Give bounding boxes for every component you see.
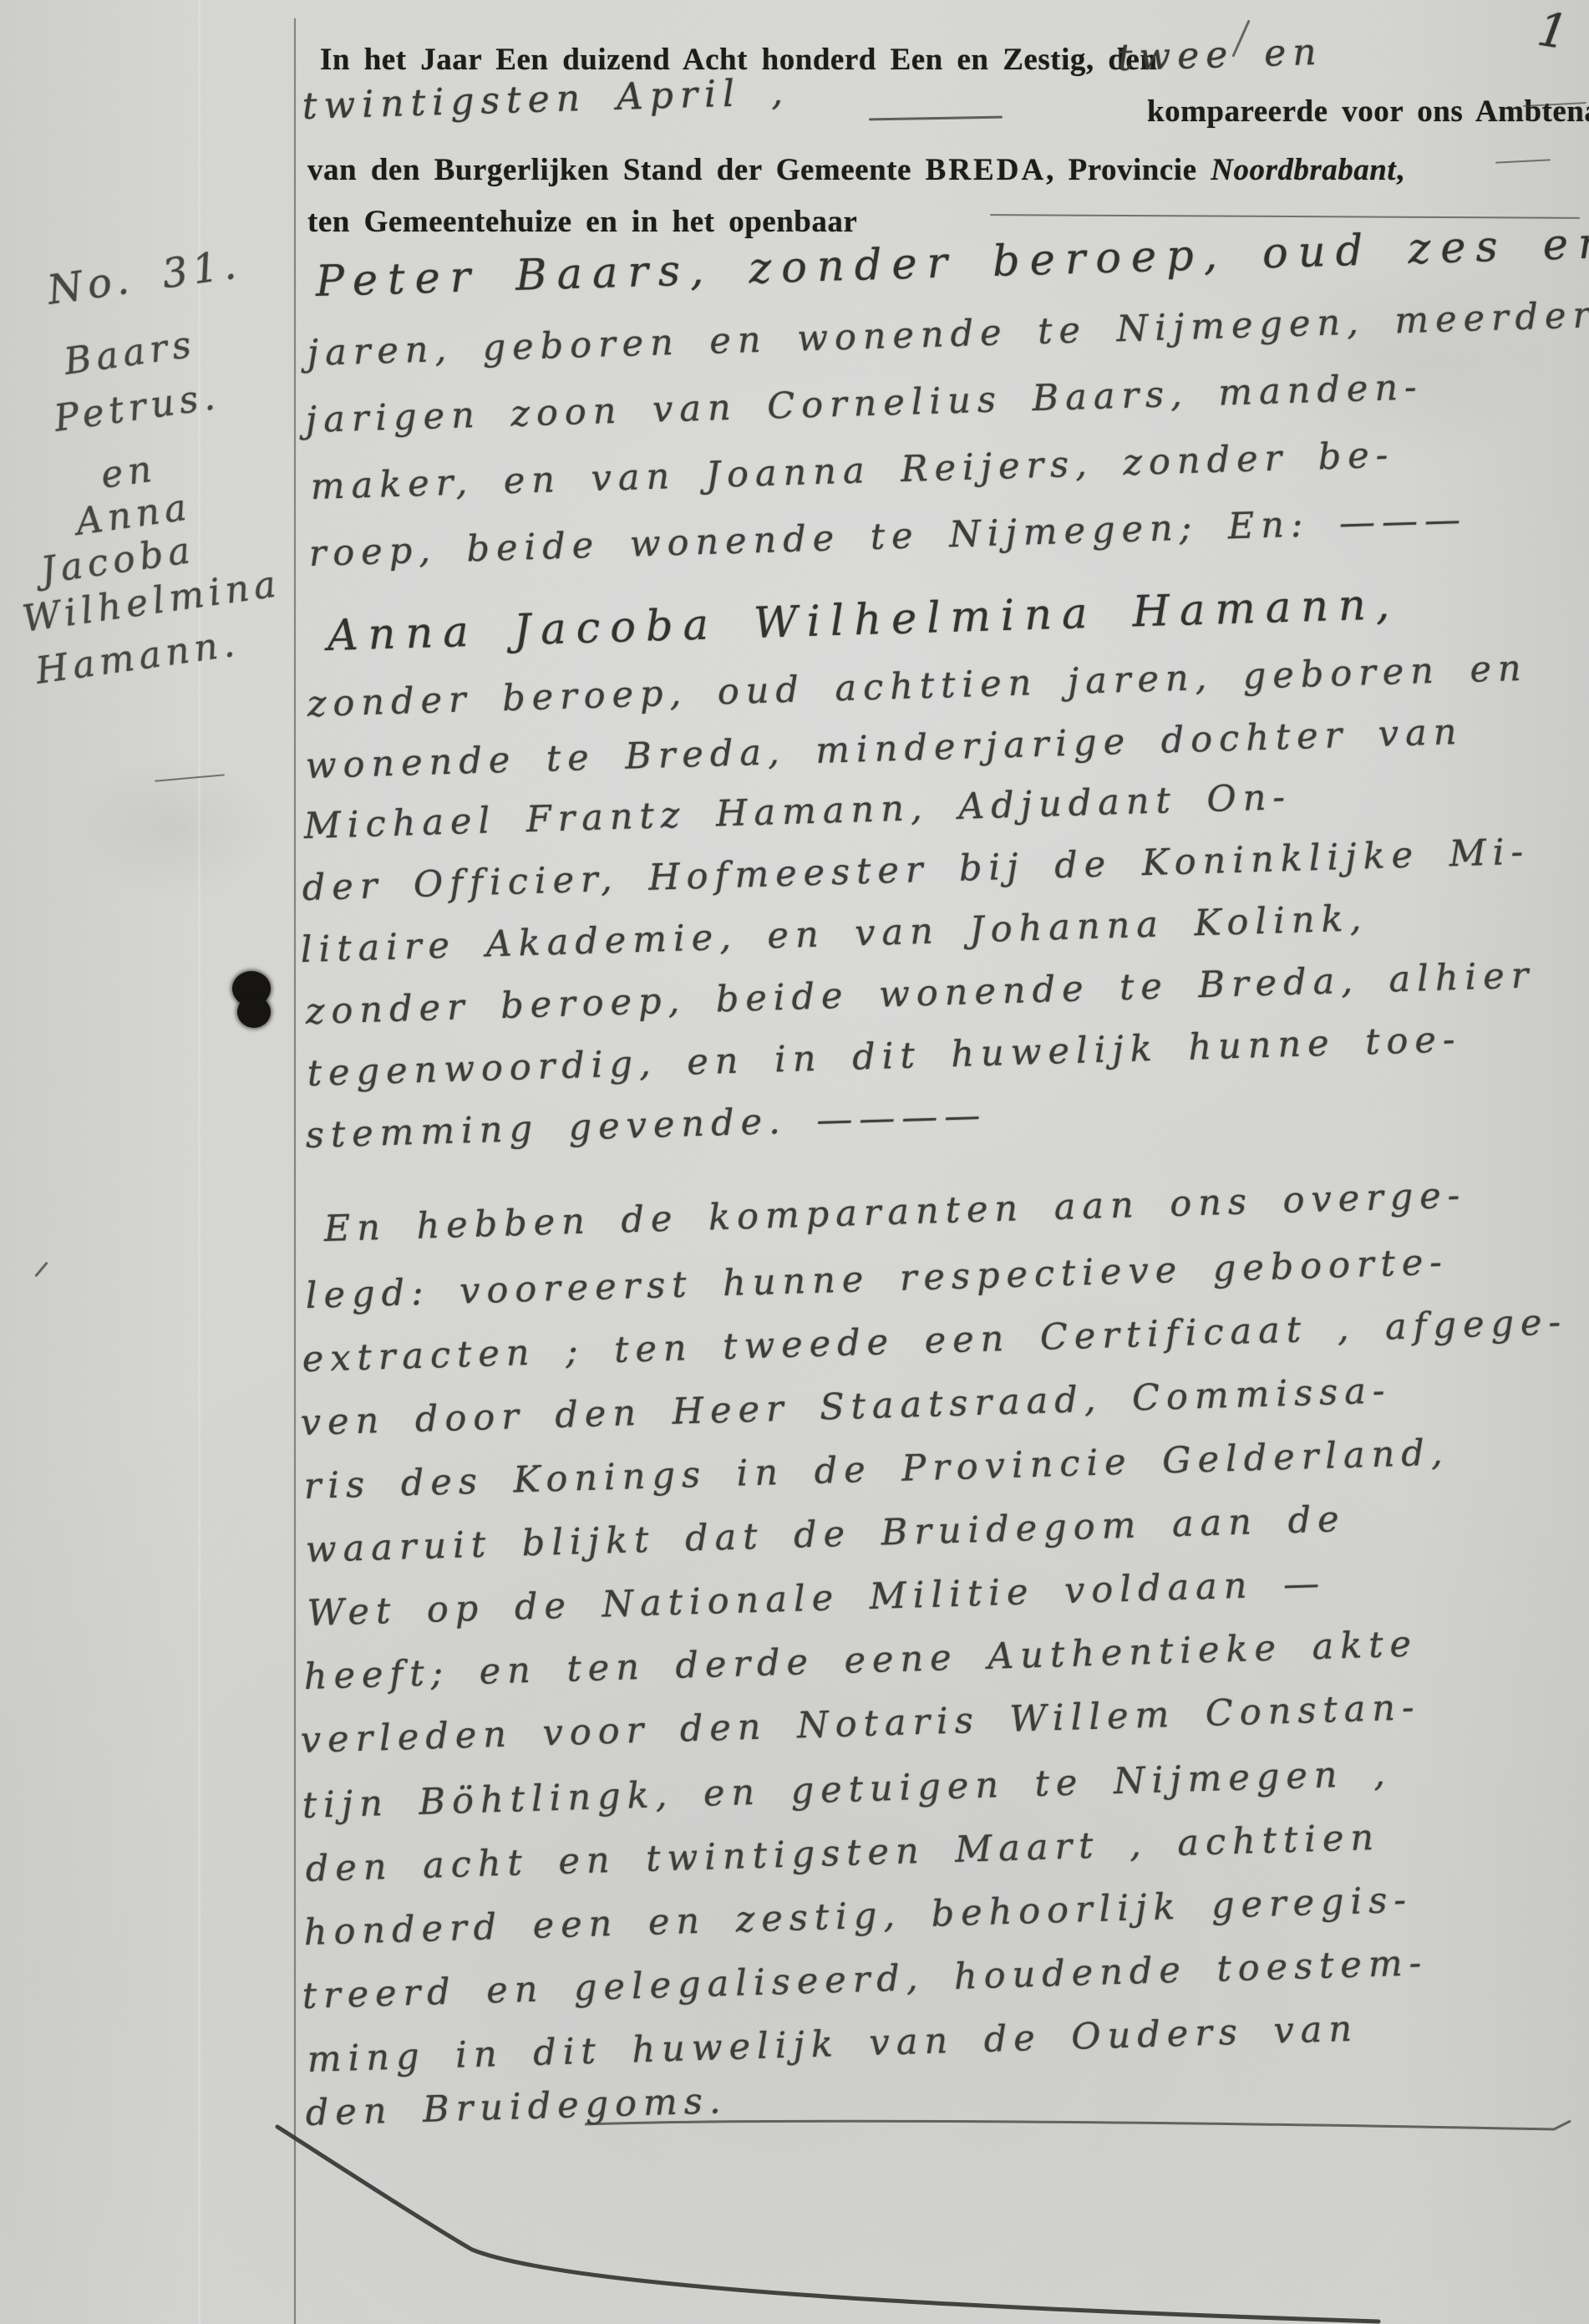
body-line: den Bruidegoms. <box>305 2080 728 2134</box>
body-line: ven door den Heer Staatsraad, Commissa- <box>300 1370 1392 1444</box>
body-line: den acht en twintigsten Maart , achttien <box>305 1817 1381 1890</box>
body-line: treerd en gelegaliseerd, houdende toeste… <box>302 1942 1429 2017</box>
marriage-record-scan: 1 In het Jaar Een duizend Acht honderd E… <box>0 0 1589 2324</box>
body-line: stemming gevende. ———— <box>305 1095 987 1157</box>
printed-text: van den Burgerlijken Stand der Gemeente <box>307 153 926 187</box>
body-line: litaire Akademie, en van Johanna Kolink, <box>300 898 1368 971</box>
body-line: maker, en van Joanna Reijers, zonder be- <box>310 435 1395 508</box>
pen-tick-mark <box>34 1262 48 1278</box>
handwritten-date-month: twintigsten April , <box>302 71 790 128</box>
margin-name-groom-surname: Baars <box>62 323 199 384</box>
body-line: Anna Jacoba Wilhelmina Hamann, <box>327 580 1400 661</box>
body-line: zonder beroep, oud achttien jaren, gebor… <box>307 648 1528 725</box>
pen-dash <box>1495 159 1551 163</box>
body-line: jarigen zoon van Cornelius Baars, manden… <box>305 366 1424 441</box>
body-line: legd: vooreerst hunne respectieve geboor… <box>305 1241 1449 1317</box>
paper-stain <box>67 752 284 903</box>
body-line: tijn Böhtlingk, en getuigen te Nijmegen … <box>302 1752 1392 1827</box>
printed-text: , <box>1396 153 1404 187</box>
pen-dash <box>869 116 1003 121</box>
margin-underline <box>155 774 225 781</box>
page-number-mark: 1 <box>1534 2 1578 61</box>
province-name: Noordbrabant <box>1211 153 1396 187</box>
body-line: waaruit blijkt dat de Bruidegom aan de <box>305 1498 1346 1571</box>
paper-stain <box>1253 251 1554 468</box>
margin-connector: en <box>99 447 160 497</box>
printed-header-line2: kompareerde voor ons Ambtenaar <box>1147 94 1589 130</box>
body-line: heeft; en ten derde eene Authentieke akt… <box>303 1623 1419 1698</box>
body-line: tegenwoordig, en in dit huwelijk hunne t… <box>307 1019 1462 1095</box>
body-line: verleden voor den Notaris Willem Constan… <box>300 1686 1421 1762</box>
municipality-name: BREDA <box>926 153 1047 187</box>
body-line: honderd een en zestig, behoorlijk geregi… <box>303 1879 1413 1954</box>
body-line: jaren, geboren en wonende te Nijmegen, m… <box>307 294 1589 374</box>
body-line: ris des Konings in de Provincie Gelderla… <box>303 1432 1449 1508</box>
body-line: Michael Frantz Hamann, Adjudant On- <box>303 776 1292 847</box>
printed-header-line4: ten Gemeentehuize en in het openbaar <box>307 204 857 240</box>
printed-text: , Provincie <box>1046 153 1211 187</box>
body-line: roep, beide wonende te Nijmegen; En: ——— <box>308 499 1468 575</box>
body-line: extracten ; ten tweede een Certificaat ,… <box>302 1301 1568 1381</box>
body-line: ming in dit huwelijk van de Ouders van <box>307 2008 1359 2081</box>
closing-rule <box>990 214 1580 219</box>
body-line: En hebben de komparanten aan ons overge- <box>323 1174 1467 1250</box>
act-number: No. 31. <box>44 241 243 314</box>
ink-blot <box>237 996 271 1028</box>
margin-rule-line <box>294 18 296 2324</box>
handwritten-date-day: twee en <box>1117 31 1323 79</box>
body-line: Wet op de Nationale Militie voldaan — <box>307 1563 1327 1635</box>
paper-fold-crease <box>198 0 201 2324</box>
printed-header-line3: van den Burgerlijken Stand der Gemeente … <box>307 152 1404 188</box>
margin-name-groom-firstname: Petrus. <box>52 375 222 440</box>
